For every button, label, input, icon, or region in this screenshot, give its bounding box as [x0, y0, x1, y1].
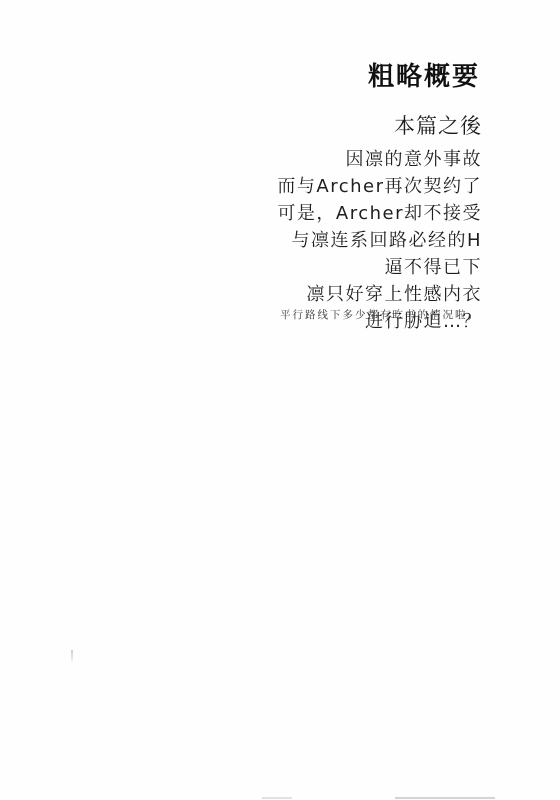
section-subtitle: 本篇之後: [394, 113, 482, 139]
document-page: 粗略概要 本篇之後 因凛的意外事故 而与Archer再次契约了 可是，Arche…: [0, 0, 560, 800]
synopsis-line: 可是，Archer却不接受: [277, 200, 482, 227]
page-title: 粗略概要: [368, 62, 480, 92]
scan-artifact: [262, 797, 292, 799]
synopsis-line: 凛只好穿上性感内衣: [277, 281, 482, 308]
scan-artifact: [395, 797, 495, 799]
synopsis-line: 而与Archer再次契约了: [277, 173, 482, 200]
synopsis-line: 逼不得已下: [277, 254, 482, 281]
synopsis-line: 与凛连系回路必经的H: [277, 227, 482, 254]
footnote: 平行路线下多少都有吃书的情况啦。: [280, 308, 480, 322]
synopsis-line: 因凛的意外事故: [277, 146, 482, 173]
synopsis-body: 因凛的意外事故 而与Archer再次契约了 可是，Archer却不接受 与凛连系…: [277, 146, 482, 335]
scan-artifact: [71, 650, 73, 662]
